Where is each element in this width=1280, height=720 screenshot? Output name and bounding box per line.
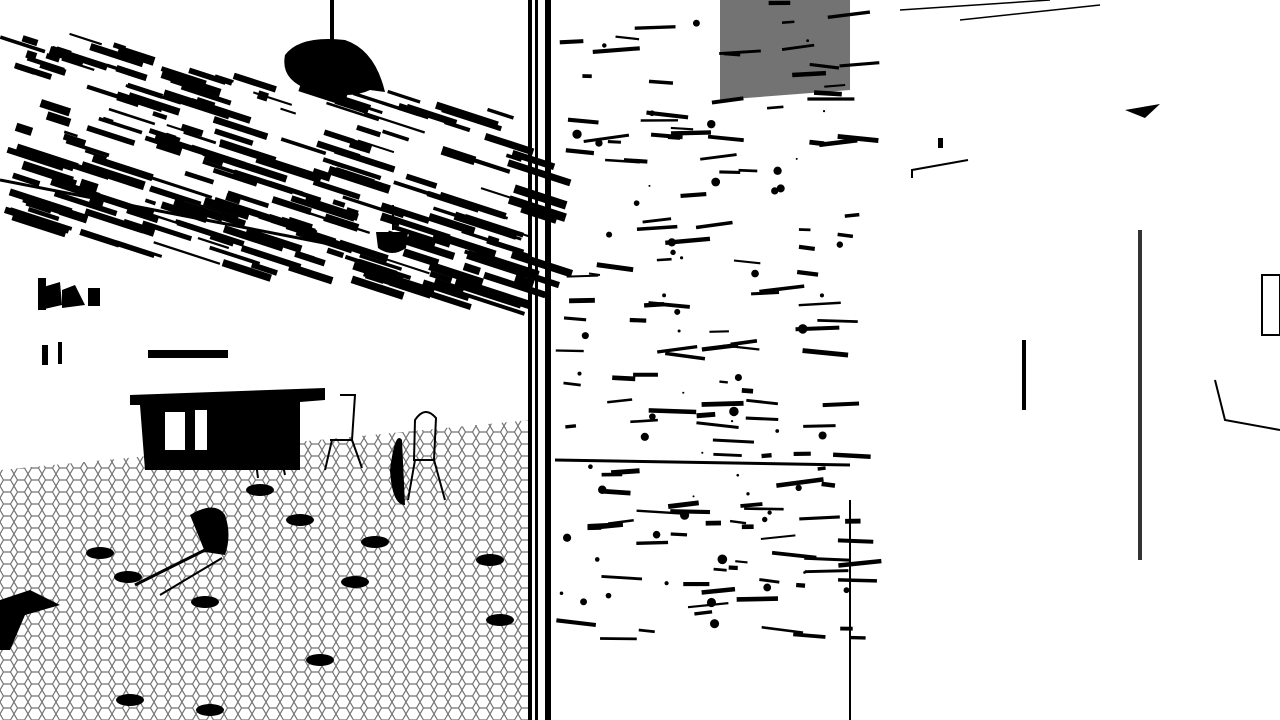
cafe-photo [0, 0, 1280, 720]
floor [0, 420, 530, 720]
